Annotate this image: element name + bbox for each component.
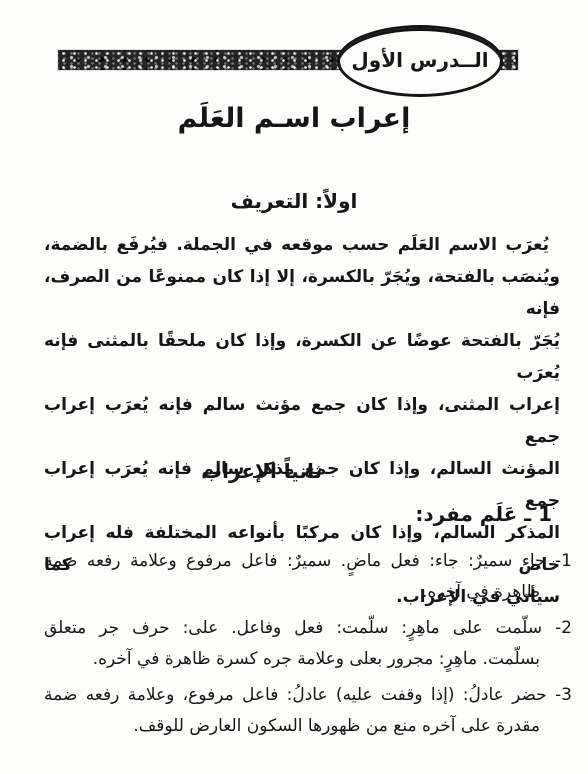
example-line: بسلّمت. ماهِرٍ: مجرور بعلى وعلامة جره كس… xyxy=(44,644,560,675)
singular-proper-noun-subheading: 1 ـ عَلَم مفرد: xyxy=(415,502,552,526)
paragraph-line: ويُنصَب بالفتحة، ويُجَرّ بالكسرة، إلا إذ… xyxy=(44,261,560,325)
example-item-3: 3- حضر عادلُ: (إذا وقفت عليه) عادلُ: فاع… xyxy=(44,680,560,742)
example-line: مقدرة على آخره منع من ظهورها السكون العا… xyxy=(44,711,560,742)
example-line: 3- حضر عادلُ: (إذا وقفت عليه) عادلُ: فاع… xyxy=(44,680,560,711)
example-list: 1- جاء سميرٌ: جاء: فعل ماضٍ. سميرٌ: فاعل… xyxy=(44,546,560,747)
example-line: 2- سلّمت على ماهِرٍ: سلّمت: فعل وفاعل. ع… xyxy=(44,613,560,644)
paragraph-line: يُعرَب الاسم العَلَم حسب موقعه في الجملة… xyxy=(44,229,560,261)
lesson-badge: الــدرس الأول xyxy=(337,25,503,97)
page-title: إعراب اسـم العَلَم xyxy=(0,103,588,134)
example-item-2: 2- سلّمت على ماهِرٍ: سلّمت: فعل وفاعل. ع… xyxy=(44,613,560,675)
example-line: 1- جاء سميرٌ: جاء: فعل ماضٍ. سميرٌ: فاعل… xyxy=(44,546,560,577)
lesson-badge-label: الــدرس الأول xyxy=(351,50,488,72)
definition-heading: اولاً: التعريف xyxy=(0,189,588,213)
book-page: الــدرس الأول إعراب اسـم العَلَم اولاً: … xyxy=(0,0,588,774)
example-line: ظاهرة في آخره. xyxy=(44,577,560,608)
paragraph-line: يُجَرّ بالفتحة عوضًا عن الكسرة، وإذا كان… xyxy=(44,325,560,389)
irab-heading: ثانياً الإعراب xyxy=(0,459,588,483)
example-item-1: 1- جاء سميرٌ: جاء: فعل ماضٍ. سميرٌ: فاعل… xyxy=(44,546,560,608)
paragraph-line: إعراب المثنى، وإذا كان جمع مؤنث سالم فإن… xyxy=(44,389,560,453)
